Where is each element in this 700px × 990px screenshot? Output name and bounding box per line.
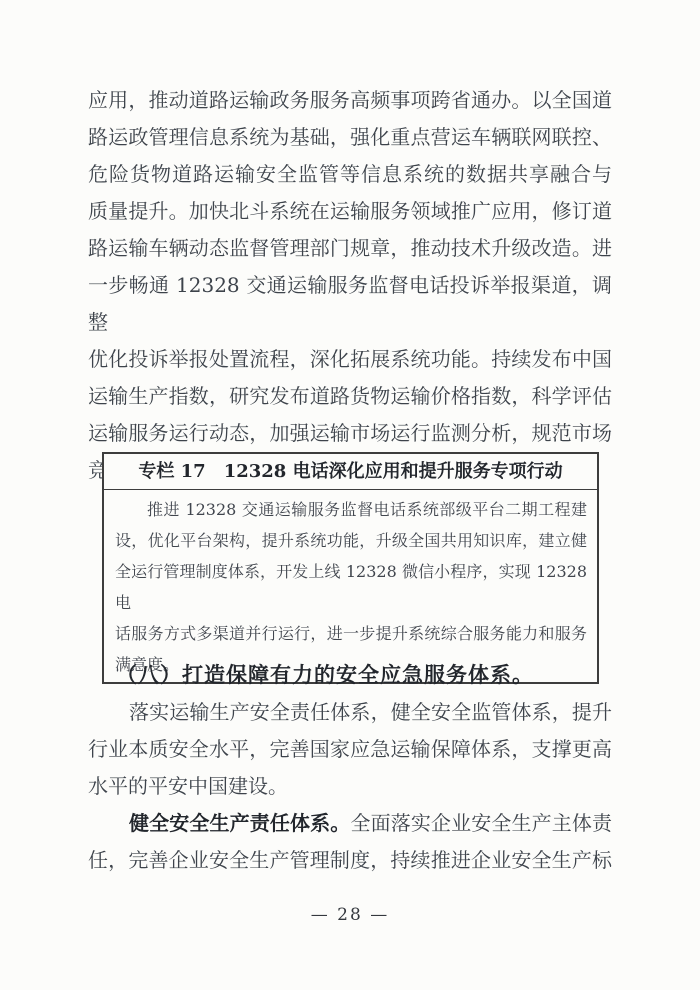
paragraph-line: 健全安全生产责任体系。全面落实企业安全生产主体责 (88, 805, 612, 842)
paragraph-line: 运输服务运行动态，加强运输市场运行监测分析，规范市场 (88, 415, 612, 452)
box-line: 话服务方式多渠道并行运行，进一步提升系统综合服务能力和服务 (115, 618, 587, 649)
paragraph-line: 运输生产指数，研究发布道路货物运输价格指数，科学评估 (88, 378, 612, 415)
box-line: 全运行管理制度体系，开发上线 12328 微信小程序，实现 12328 电 (115, 556, 587, 618)
feature-box-body: 推进 12328 交通运输服务监督电话系统部级平台二期工程建 设，优化平台架构，… (104, 490, 597, 682)
paragraph-line: 路运政管理信息系统为基础，强化重点营运车辆联网联控、 (88, 119, 612, 156)
paragraph-1: 应用，推动道路运输政务服务高频事项跨省通办。以全国道 路运政管理信息系统为基础，… (88, 82, 612, 489)
paragraph-line: 一步畅通 12328 交通运输服务监督电话投诉举报渠道，调整 (88, 267, 612, 341)
paragraph-text: 全面落实企业安全生产主体责 (350, 811, 612, 835)
paragraph-line: 路运输车辆动态监督管理部门规章，推动技术升级改造。进 (88, 230, 612, 267)
feature-box-17: 专栏 17 12328 电话深化应用和提升服务专项行动 推进 12328 交通运… (102, 452, 599, 684)
feature-box-title: 专栏 17 12328 电话深化应用和提升服务专项行动 (104, 454, 597, 490)
section-heading: （八）打造保障有力的安全应急服务体系。 (88, 656, 612, 694)
paragraph-line: 任，完善企业安全生产管理制度，持续推进企业安全生产标 (88, 842, 612, 879)
paragraph-3: 健全安全生产责任体系。全面落实企业安全生产主体责 任，完善企业安全生产管理制度，… (88, 805, 612, 879)
paragraph-line: 水平的平安中国建设。 (88, 768, 612, 805)
paragraph-line: 危险货物道路运输安全监管等信息系统的数据共享融合与 (88, 156, 612, 193)
paragraph-line: 优化投诉举报处置流程，深化拓展系统功能。持续发布中国 (88, 341, 612, 378)
paragraph-2: 落实运输生产安全责任体系，健全安全监管体系，提升 行业本质安全水平，完善国家应急… (88, 694, 612, 805)
box-line: 设，优化平台架构，提升系统功能，升级全国共用知识库，建立健 (115, 525, 587, 556)
box-line: 推进 12328 交通运输服务监督电话系统部级平台二期工程建 (115, 494, 587, 525)
paragraph-line: 应用，推动道路运输政务服务高频事项跨省通办。以全国道 (88, 82, 612, 119)
paragraph-line: 行业本质安全水平，完善国家应急运输保障体系，支撑更高 (88, 731, 612, 768)
paragraph-line: 落实运输生产安全责任体系，健全安全监管体系，提升 (88, 694, 612, 731)
page-number: — 28 — (0, 905, 700, 925)
paragraph-line: 质量提升。加快北斗系统在运输服务领域推广应用，修订道 (88, 193, 612, 230)
document-page: 应用，推动道路运输政务服务高频事项跨省通办。以全国道 路运政管理信息系统为基础，… (0, 0, 700, 990)
bold-lead-text: 健全安全生产责任体系。 (129, 811, 350, 835)
